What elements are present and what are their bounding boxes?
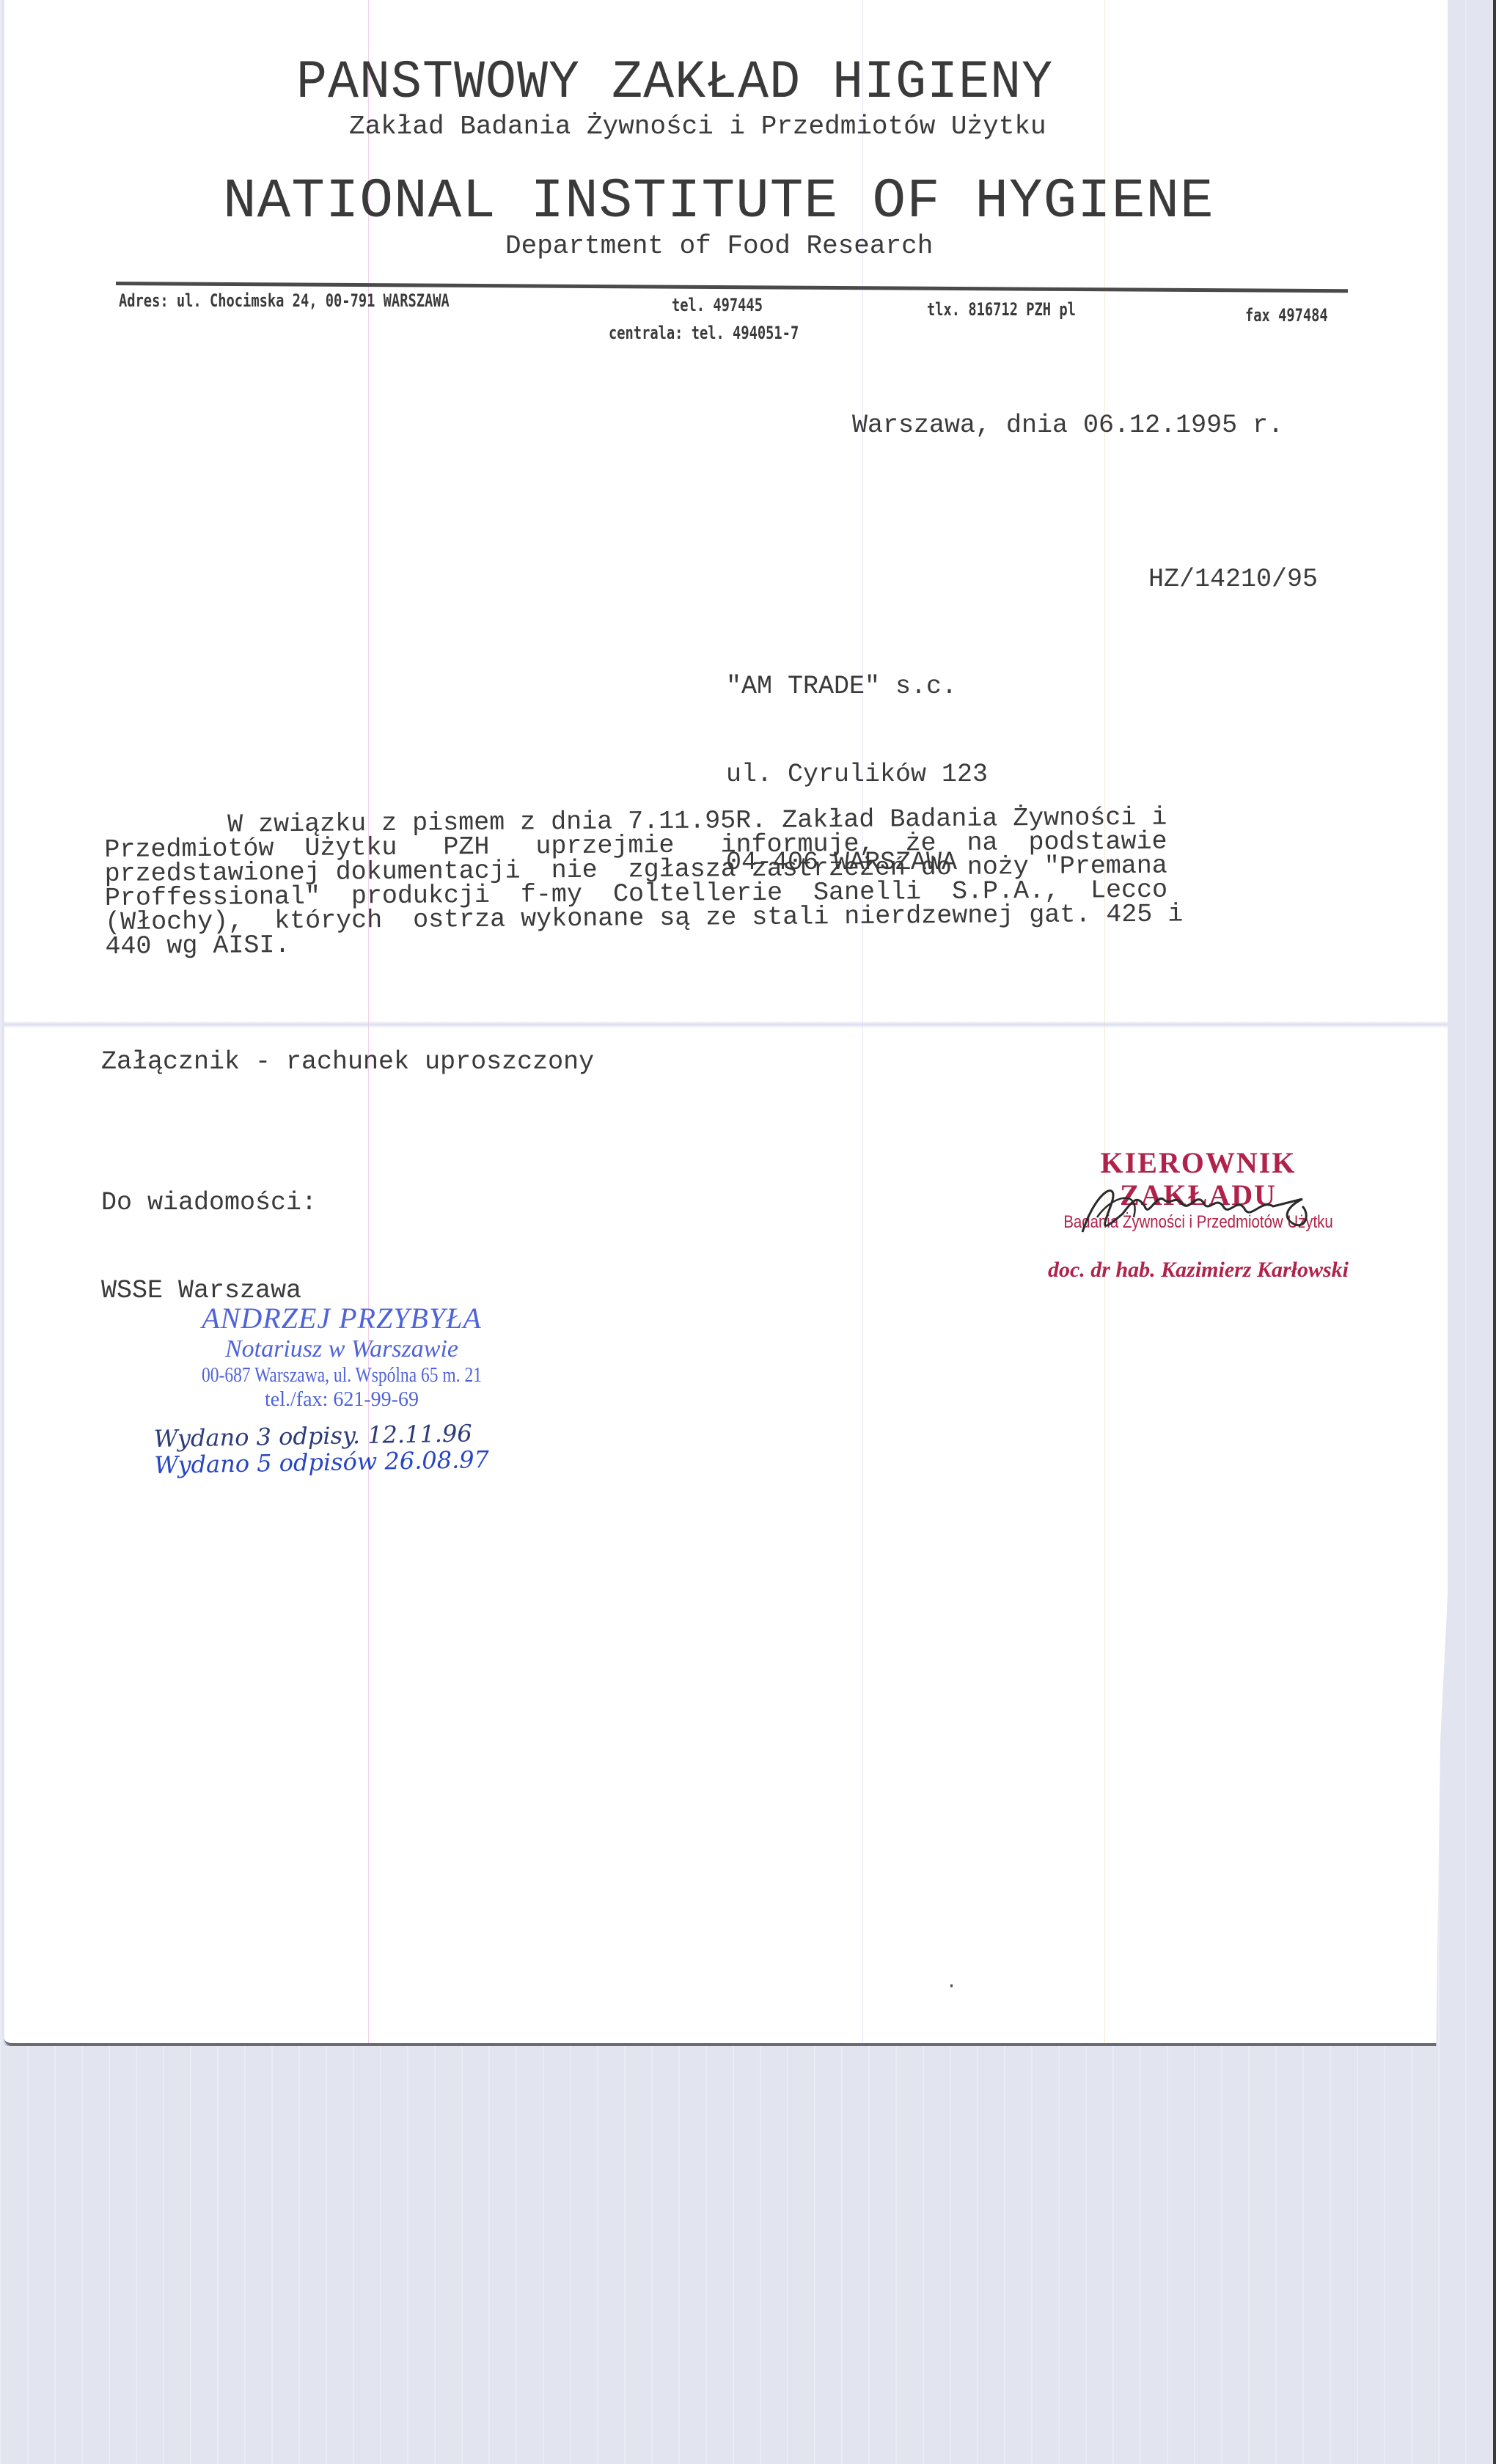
scanner-edge <box>1493 0 1496 2464</box>
letter-body: W związku z pismem z dnia 7.11.95R. Zakł… <box>104 804 1338 959</box>
director-stamp-name: doc. dr hab. Kazimierz Karłowski <box>1030 1255 1367 1285</box>
attachment-note: Załącznik - rachunek uproszczony <box>101 1047 594 1077</box>
paper-speck <box>950 1984 953 1987</box>
handwritten-note: Wydano 5 odpisów 26.08.97 <box>154 1446 489 1478</box>
cc-label: Do wiadomości: <box>101 1188 317 1217</box>
institute-fax: fax 497484 <box>1245 305 1328 326</box>
institute-phone: tel. 497445 <box>672 295 763 315</box>
notary-stamp: ANDRZEJ PRZYBYŁA Notariusz w Warszawie 0… <box>144 1302 540 1412</box>
institute-subtitle-english: Department of Food Research <box>505 231 933 261</box>
handwritten-notes: Wydano 3 odpisy. 12.11.96 Wydano 5 odpis… <box>153 1420 489 1478</box>
notary-phone: tel./fax: 621-99-69 <box>144 1388 540 1412</box>
letter-date: Warszawa, dnia 06.12.1995 r. <box>852 411 1283 440</box>
institute-title-english: NATIONAL INSTITUTE OF HYGIENE <box>223 170 1214 233</box>
institute-subtitle-polish: Zakład Badania Żywności i Przedmiotów Uż… <box>349 111 1046 142</box>
institute-switchboard: centrala: tel. 494051-7 <box>609 323 799 343</box>
institute-address: Adres: ul. Chocimska 24, 00-791 WARSZAWA <box>119 290 450 311</box>
recipient-name: "AM TRADE" s.c. <box>726 672 988 701</box>
paper-fold-crease <box>4 1021 1448 1028</box>
institute-title-polish: PANSTWOWY ZAKŁAD HIGIENY <box>296 53 1053 114</box>
notary-name: ANDRZEJ PRZYBYŁA <box>144 1302 540 1335</box>
notary-title: Notariusz w Warszawie <box>144 1335 540 1363</box>
reference-number: HZ/14210/95 <box>1148 565 1318 594</box>
cc-recipient: WSSE Warszawa <box>101 1276 317 1305</box>
signature-icon <box>1053 1173 1361 1239</box>
recipient-street: ul. Cyrulików 123 <box>726 760 988 789</box>
scanned-letter-page: PANSTWOWY ZAKŁAD HIGIENY Zakład Badania … <box>4 0 1448 2046</box>
notary-address: 00-687 Warszawa, ul. Wspólna 65 m. 21 <box>175 1363 508 1388</box>
institute-telex: tlx. 816712 PZH pl <box>927 299 1076 320</box>
